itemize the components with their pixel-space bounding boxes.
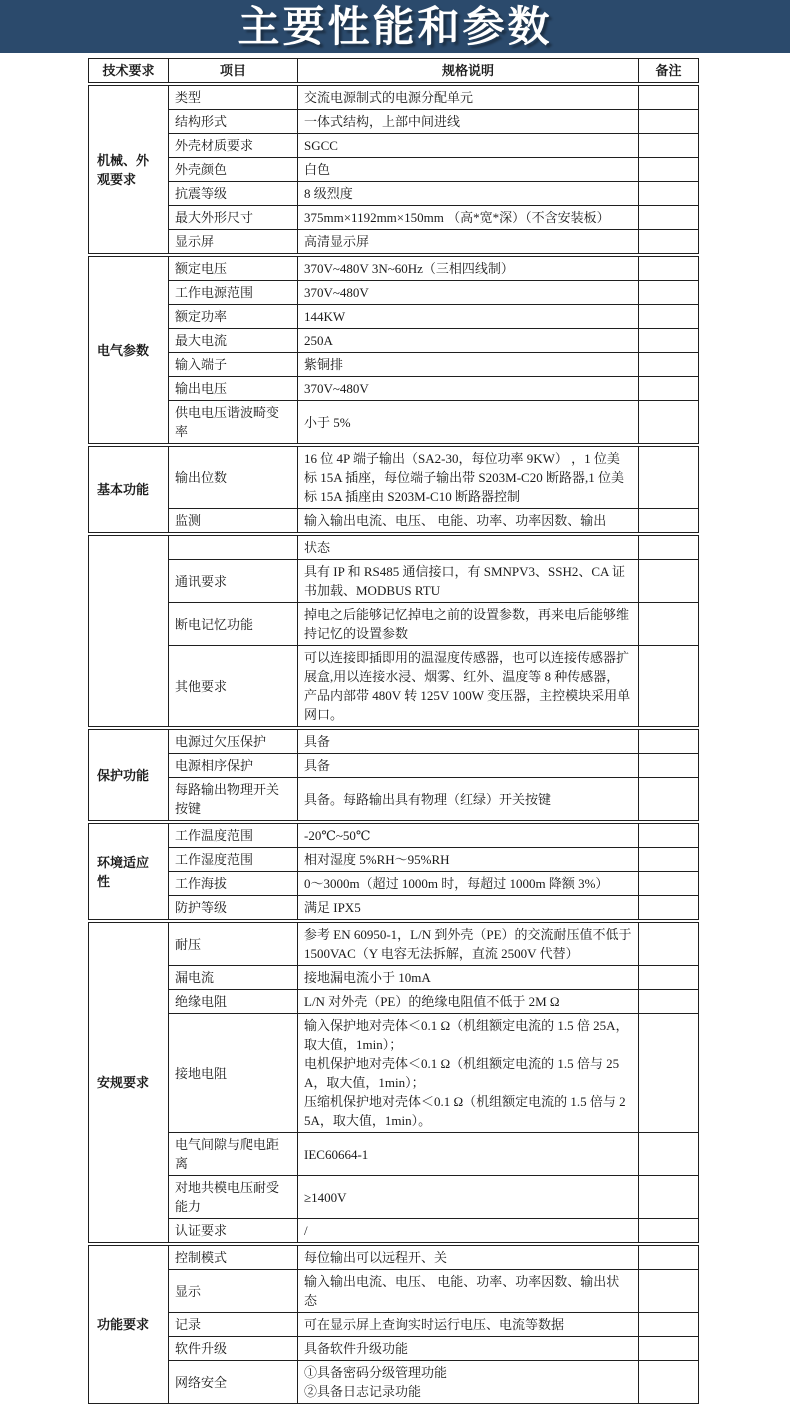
table-row: 接地电阻输入保护地对壳体＜0.1 Ω（机组额定电流的 1.5 倍 25A，取大值… <box>89 1014 699 1133</box>
spec-cell: 白色 <box>298 158 639 182</box>
table-row: 显示屏高清显示屏 <box>89 230 699 254</box>
item-cell: 额定功率 <box>169 305 298 329</box>
remark-cell <box>639 872 699 896</box>
header-cell-tech-requirement: 技术要求 <box>89 59 169 83</box>
group-cell: 基本功能 <box>89 447 169 533</box>
item-cell: 输出位数 <box>169 447 298 509</box>
table-row: 安规要求耐压参考 EN 60950-1，L/N 到外壳（PE）的交流耐压值不低于… <box>89 923 699 966</box>
spec-cell: IEC60664-1 <box>298 1133 639 1176</box>
spec-cell: 250A <box>298 329 639 353</box>
remark-cell <box>639 1337 699 1361</box>
spec-cell: 接地漏电流小于 10mA <box>298 966 639 990</box>
item-cell: 电源过欠压保护 <box>169 730 298 754</box>
spec-cell: 满足 IPX5 <box>298 896 639 920</box>
spec-table-area: 技术要求 项目 规格说明 备注 机械、外观要求类型交流电源制式的电源分配单元结构… <box>88 58 700 1404</box>
item-cell: 工作电源范围 <box>169 281 298 305</box>
spec-cell: L/N 对外壳（PE）的绝缘电阻值不低于 2M Ω <box>298 990 639 1014</box>
remark-cell <box>639 305 699 329</box>
remark-cell <box>639 848 699 872</box>
table-row: 外壳颜色白色 <box>89 158 699 182</box>
item-cell: 显示 <box>169 1270 298 1313</box>
spec-cell: 状态 <box>298 536 639 560</box>
remark-cell <box>639 353 699 377</box>
table-row: 对地共模电压耐受能力≥1400V <box>89 1176 699 1219</box>
remark-cell <box>639 536 699 560</box>
remark-cell <box>639 377 699 401</box>
remark-cell <box>639 182 699 206</box>
group-cell: 电气参数 <box>89 257 169 444</box>
table-row: 网络安全①具备密码分级管理功能 ②具备日志记录功能 <box>89 1361 699 1404</box>
remark-cell <box>639 1313 699 1337</box>
table-row: 电气参数额定电压370V~480V 3N~60Hz（三相四线制） <box>89 257 699 281</box>
table-row: 结构形式一体式结构，上部中间进线 <box>89 110 699 134</box>
item-cell: 显示屏 <box>169 230 298 254</box>
section-table: 状态通讯要求具有 IP 和 RS485 通信接口，有 SMNPV3、SSH2、C… <box>88 535 699 727</box>
spec-cell: 具备。每路输出具有物理（红绿）开关按键 <box>298 778 639 821</box>
spec-cell: 具备 <box>298 730 639 754</box>
table-row: 输入端子紫铜排 <box>89 353 699 377</box>
page: 主要性能和参数 技术要求 项目 规格说明 备注 机械、外观要求类型交流电源制式的… <box>0 0 790 1404</box>
table-header-segment: 技术要求 项目 规格说明 备注 <box>88 58 699 83</box>
spec-cell: 具有 IP 和 RS485 通信接口，有 SMNPV3、SSH2、CA 证书加载… <box>298 560 639 603</box>
remark-cell <box>639 923 699 966</box>
table-row: 环境适应性工作温度范围-20℃~50℃ <box>89 824 699 848</box>
remark-cell <box>639 1176 699 1219</box>
group-cell: 机械、外观要求 <box>89 86 169 254</box>
spec-cell: 输入保护地对壳体＜0.1 Ω（机组额定电流的 1.5 倍 25A，取大值，1mi… <box>298 1014 639 1133</box>
remark-cell <box>639 1014 699 1133</box>
title-banner: 主要性能和参数 <box>0 0 790 53</box>
header-cell-remark: 备注 <box>639 59 699 83</box>
remark-cell <box>639 824 699 848</box>
header-row: 技术要求 项目 规格说明 备注 <box>89 59 699 83</box>
remark-cell <box>639 110 699 134</box>
remark-cell <box>639 646 699 727</box>
table-row: 功能要求控制模式每位输出可以远程开、关 <box>89 1246 699 1270</box>
spec-cell: 紫铜排 <box>298 353 639 377</box>
remark-cell <box>639 990 699 1014</box>
remark-cell <box>639 401 699 444</box>
table-row: 记录可在显示屏上查询实时运行电压、电流等数据 <box>89 1313 699 1337</box>
spec-cell: 16 位 4P 端子输出（SA2-30，每位功率 9KW） ，1 位美标 15A… <box>298 447 639 509</box>
remark-cell <box>639 257 699 281</box>
remark-cell <box>639 329 699 353</box>
remark-cell <box>639 966 699 990</box>
spec-cell: 参考 EN 60950-1，L/N 到外壳（PE）的交流耐压值不低于 1500V… <box>298 923 639 966</box>
section-table: 基本功能输出位数16 位 4P 端子输出（SA2-30，每位功率 9KW） ，1… <box>88 446 699 533</box>
remark-cell <box>639 603 699 646</box>
item-cell: 其他要求 <box>169 646 298 727</box>
spec-cell: 具备软件升级功能 <box>298 1337 639 1361</box>
table-row: 断电记忆功能掉电之后能够记忆掉电之前的设置参数，再来电后能够维持记忆的设置参数 <box>89 603 699 646</box>
remark-cell <box>639 281 699 305</box>
item-cell: 电源相序保护 <box>169 754 298 778</box>
spec-cell: -20℃~50℃ <box>298 824 639 848</box>
item-cell: 最大外形尺寸 <box>169 206 298 230</box>
section-table: 环境适应性工作温度范围-20℃~50℃工作湿度范围相对湿度 5%RH～95%RH… <box>88 823 699 920</box>
remark-cell <box>639 509 699 533</box>
item-cell: 耐压 <box>169 923 298 966</box>
spec-cell: 小于 5% <box>298 401 639 444</box>
spec-cell: 相对湿度 5%RH～95%RH <box>298 848 639 872</box>
item-cell: 外壳颜色 <box>169 158 298 182</box>
item-cell: 抗震等级 <box>169 182 298 206</box>
item-cell: 绝缘电阻 <box>169 990 298 1014</box>
remark-cell <box>639 447 699 509</box>
item-cell: 工作湿度范围 <box>169 848 298 872</box>
item-cell: 通讯要求 <box>169 560 298 603</box>
remark-cell <box>639 134 699 158</box>
group-cell: 环境适应性 <box>89 824 169 920</box>
item-cell <box>169 536 298 560</box>
item-cell: 输入端子 <box>169 353 298 377</box>
spec-cell: 输入输出电流、电压、 电能、功率、功率因数、输出 <box>298 509 639 533</box>
remark-cell <box>639 560 699 603</box>
remark-cell <box>639 206 699 230</box>
spec-cell: 可在显示屏上查询实时运行电压、电流等数据 <box>298 1313 639 1337</box>
item-cell: 防护等级 <box>169 896 298 920</box>
item-cell: 供电电压谐波畸变率 <box>169 401 298 444</box>
spec-cell: SGCC <box>298 134 639 158</box>
group-cell: 功能要求 <box>89 1246 169 1404</box>
spec-cell: 370V~480V <box>298 281 639 305</box>
item-cell: 漏电流 <box>169 966 298 990</box>
table-row: 工作海拔0～3000m（超过 1000m 时，每超过 1000m 降额 3%） <box>89 872 699 896</box>
group-cell: 保护功能 <box>89 730 169 821</box>
item-cell: 接地电阻 <box>169 1014 298 1133</box>
spec-cell: 输入输出电流、电压、 电能、功率、功率因数、输出状态 <box>298 1270 639 1313</box>
table-sections: 机械、外观要求类型交流电源制式的电源分配单元结构形式一体式结构，上部中间进线外壳… <box>88 85 700 1404</box>
item-cell: 外壳材质要求 <box>169 134 298 158</box>
remark-cell <box>639 1133 699 1176</box>
table-row: 抗震等级8 级烈度 <box>89 182 699 206</box>
table-row: 通讯要求具有 IP 和 RS485 通信接口，有 SMNPV3、SSH2、CA … <box>89 560 699 603</box>
table-row: 最大外形尺寸375mm×1192mm×150mm （高*宽*深）（不含安装板） <box>89 206 699 230</box>
item-cell: 记录 <box>169 1313 298 1337</box>
remark-cell <box>639 230 699 254</box>
section-table: 机械、外观要求类型交流电源制式的电源分配单元结构形式一体式结构，上部中间进线外壳… <box>88 85 699 254</box>
spec-cell: 375mm×1192mm×150mm （高*宽*深）（不含安装板） <box>298 206 639 230</box>
spec-cell: 高清显示屏 <box>298 230 639 254</box>
table-row: 其他要求可以连接即插即用的温湿度传感器，也可以连接传感器扩展盒,用以连接水浸、烟… <box>89 646 699 727</box>
table-row: 工作电源范围370V~480V <box>89 281 699 305</box>
table-row: 外壳材质要求SGCC <box>89 134 699 158</box>
table-row: 软件升级具备软件升级功能 <box>89 1337 699 1361</box>
item-cell: 软件升级 <box>169 1337 298 1361</box>
item-cell: 最大电流 <box>169 329 298 353</box>
remark-cell <box>639 86 699 110</box>
table-row: 每路输出物理开关按键具备。每路输出具有物理（红绿）开关按键 <box>89 778 699 821</box>
section-table: 电气参数额定电压370V~480V 3N~60Hz（三相四线制）工作电源范围37… <box>88 256 699 444</box>
table-row: 机械、外观要求类型交流电源制式的电源分配单元 <box>89 86 699 110</box>
spec-cell: 一体式结构，上部中间进线 <box>298 110 639 134</box>
table-row: 供电电压谐波畸变率小于 5% <box>89 401 699 444</box>
header-cell-item: 项目 <box>169 59 298 83</box>
spec-cell: 370V~480V 3N~60Hz（三相四线制） <box>298 257 639 281</box>
remark-cell <box>639 778 699 821</box>
spec-cell: 每位输出可以远程开、关 <box>298 1246 639 1270</box>
spec-cell: 掉电之后能够记忆掉电之前的设置参数，再来电后能够维持记忆的设置参数 <box>298 603 639 646</box>
item-cell: 工作温度范围 <box>169 824 298 848</box>
table-row: 漏电流接地漏电流小于 10mA <box>89 966 699 990</box>
table-row: 电气间隙与爬电距离IEC60664-1 <box>89 1133 699 1176</box>
spec-cell: 0～3000m（超过 1000m 时，每超过 1000m 降额 3%） <box>298 872 639 896</box>
remark-cell <box>639 754 699 778</box>
table-row: 状态 <box>89 536 699 560</box>
remark-cell <box>639 730 699 754</box>
spec-cell: 交流电源制式的电源分配单元 <box>298 86 639 110</box>
spec-cell: 具备 <box>298 754 639 778</box>
table-row: 基本功能输出位数16 位 4P 端子输出（SA2-30，每位功率 9KW） ，1… <box>89 447 699 509</box>
item-cell: 对地共模电压耐受能力 <box>169 1176 298 1219</box>
table-row: 额定功率144KW <box>89 305 699 329</box>
table-row: 防护等级满足 IPX5 <box>89 896 699 920</box>
section-table: 安规要求耐压参考 EN 60950-1，L/N 到外壳（PE）的交流耐压值不低于… <box>88 922 699 1243</box>
item-cell: 控制模式 <box>169 1246 298 1270</box>
page-title: 主要性能和参数 <box>237 0 552 53</box>
remark-cell <box>639 1246 699 1270</box>
group-cell: 安规要求 <box>89 923 169 1243</box>
item-cell: 网络安全 <box>169 1361 298 1404</box>
item-cell: 断电记忆功能 <box>169 603 298 646</box>
spec-cell: 370V~480V <box>298 377 639 401</box>
spec-cell: 可以连接即插即用的温湿度传感器，也可以连接传感器扩展盒,用以连接水浸、烟雾、红外… <box>298 646 639 727</box>
item-cell: 类型 <box>169 86 298 110</box>
item-cell: 每路输出物理开关按键 <box>169 778 298 821</box>
item-cell: 工作海拔 <box>169 872 298 896</box>
table-row: 最大电流250A <box>89 329 699 353</box>
table-row: 保护功能电源过欠压保护具备 <box>89 730 699 754</box>
remark-cell <box>639 896 699 920</box>
table-row: 监测输入输出电流、电压、 电能、功率、功率因数、输出 <box>89 509 699 533</box>
section-table: 保护功能电源过欠压保护具备电源相序保护具备每路输出物理开关按键具备。每路输出具有… <box>88 729 699 821</box>
group-cell <box>89 536 169 727</box>
remark-cell <box>639 158 699 182</box>
table-row: 工作湿度范围相对湿度 5%RH～95%RH <box>89 848 699 872</box>
item-cell: 监测 <box>169 509 298 533</box>
spec-cell: ①具备密码分级管理功能 ②具备日志记录功能 <box>298 1361 639 1404</box>
table-row: 绝缘电阻L/N 对外壳（PE）的绝缘电阻值不低于 2M Ω <box>89 990 699 1014</box>
table-row: 电源相序保护具备 <box>89 754 699 778</box>
spec-cell: 8 级烈度 <box>298 182 639 206</box>
spec-cell: 144KW <box>298 305 639 329</box>
section-table: 功能要求控制模式每位输出可以远程开、关显示输入输出电流、电压、 电能、功率、功率… <box>88 1245 699 1404</box>
table-row: 输出电压370V~480V <box>89 377 699 401</box>
item-cell: 输出电压 <box>169 377 298 401</box>
item-cell: 电气间隙与爬电距离 <box>169 1133 298 1176</box>
spec-cell: ≥1400V <box>298 1176 639 1219</box>
remark-cell <box>639 1270 699 1313</box>
item-cell: 结构形式 <box>169 110 298 134</box>
table-row: 显示输入输出电流、电压、 电能、功率、功率因数、输出状态 <box>89 1270 699 1313</box>
remark-cell <box>639 1361 699 1404</box>
header-cell-specification: 规格说明 <box>298 59 639 83</box>
item-cell: 额定电压 <box>169 257 298 281</box>
